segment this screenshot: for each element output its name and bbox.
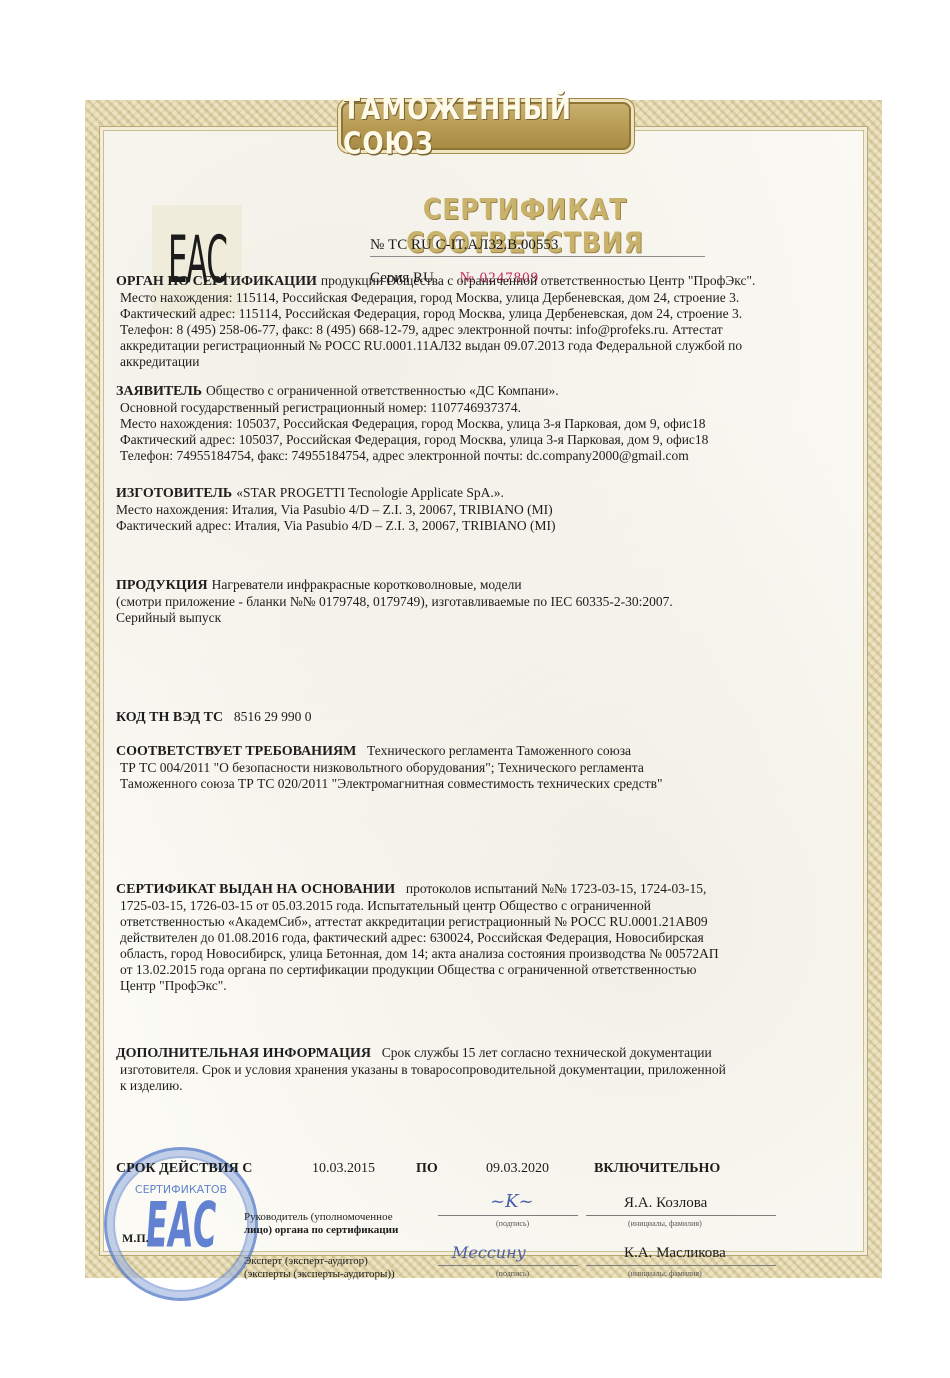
head-label-line-2: лицо) органа по сертификации [244,1224,398,1237]
section-text: Центр "ПрофЭкс". [116,978,851,994]
section-text: Место нахождения: 105037, Российская Фед… [116,416,851,432]
section-product: ПРОДУКЦИЯНагреватели инфракрасные коротк… [116,577,851,626]
head-label: Руководитель (уполномоченное лицо) орган… [244,1211,398,1237]
section-text: (смотри приложение - бланки №№ 0179748, … [116,594,851,610]
expert-name: К.А. Масликова [624,1245,726,1262]
section-label: СООТВЕТСТВУЕТ ТРЕБОВАНИЯМ [116,744,356,759]
section-text: Срок службы 15 лет согласно технической … [382,1045,712,1060]
section-text: 1725-03-15, 1726-03-15 от 05.03.2015 год… [116,898,851,914]
section-text: ТР ТС 004/2011 "О безопасности низковоль… [116,760,851,776]
section-label: ЗАЯВИТЕЛЬ [116,384,202,399]
section-label: КОД ТН ВЭД ТС [116,710,223,725]
section-label: СЕРТИФИКАТ ВЫДАН НА ОСНОВАНИИ [116,882,395,897]
head-name: Я.А. Козлова [624,1195,707,1212]
section-label: ПРОДУКЦИЯ [116,578,208,593]
section-text: Таможенного союза ТР ТС 020/2011 "Электр… [116,776,851,792]
section-text: Фактический адрес: 105037, Российская Фе… [116,432,851,448]
section-text: Место нахождения: 115114, Российская Фед… [116,290,851,306]
expert-signature: Мессину [452,1243,526,1262]
section-text: Технического регламента Таможенного союз… [367,743,631,758]
section-text: Фактический адрес: 115114, Российская Фе… [116,306,851,322]
section-text: Общество с ограниченной ответственностью… [206,383,559,398]
section-text: Нагреватели инфракрасные коротковолновые… [212,577,522,592]
section-text: Телефон: 8 (495) 258-06-77, факс: 8 (495… [116,322,851,338]
head-name-caption: (инициалы, фамилия) [628,1219,702,1228]
head-label-line-1: Руководитель (уполномоченное [244,1211,398,1224]
section-applicant: ЗАЯВИТЕЛЬОбщество с ограниченной ответст… [116,383,851,464]
section-certification-body: ОРГАН ПО СЕРТИФИКАЦИИпродукции Общества … [116,273,851,370]
section-hs-code: КОД ТН ВЭД ТС 8516 29 990 0 [116,709,851,726]
section-text: изготовителя. Срок и условия хранения ук… [116,1062,851,1078]
footer-print-line [285,1266,705,1274]
customs-union-text: ТАМОЖЕННЫЙ СОЮЗ [343,91,629,161]
stamp-eac-logo: ЕАС [143,1190,219,1262]
section-basis: СЕРТИФИКАТ ВЫДАН НА ОСНОВАНИИ протоколов… [116,881,851,994]
section-text: к изделию. [116,1078,851,1094]
section-text: действителен до 01.08.2016 года, фактиче… [116,930,851,946]
mp-mark: М.П. [122,1231,149,1246]
certificate-frame: ЕАС СЕРТИФИКАТ СООТВЕТСТВИЯ № ТС RU C-IT… [85,100,882,1278]
validity-from: 10.03.2015 [312,1161,375,1177]
section-text: от 13.02.2015 года органа по сертификаци… [116,962,851,978]
validity-inclusive: ВКЛЮЧИТЕЛЬНО [594,1161,720,1177]
validity-label: СРОК ДЕЙСТВИЯ С [116,1161,252,1177]
section-text: аккредитации регистрационный № РОСС RU.0… [116,338,851,354]
certificate-number: № ТС RU C-IT.АЛ32.В.00553 [370,237,705,257]
head-signature-line [438,1215,578,1216]
section-text: протоколов испытаний №№ 1723-03-15, 1724… [406,881,707,896]
section-text: ответственностью «АкадемСиб», аттестат а… [116,914,851,930]
section-text: Телефон: 74955184754, факс: 74955184754,… [116,448,851,464]
validity-to-label: ПО [416,1161,438,1177]
section-conforms: СООТВЕТСТВУЕТ ТРЕБОВАНИЯМ Технического р… [116,743,851,792]
section-text: Фактический адрес: Италия, Via Pasubio 4… [116,518,851,534]
validity-to: 09.03.2020 [486,1161,549,1177]
section-text: «STAR PROGETTI Tecnologie Applicate SpA.… [236,485,504,500]
head-signature-caption: (подпись) [496,1219,529,1228]
section-text: Место нахождения: Италия, Via Pasubio 4/… [116,502,851,518]
section-text: аккредитации [116,354,851,370]
section-text: продукции Общества с ограниченной ответс… [321,273,756,288]
section-text: Серийный выпуск [116,610,851,626]
head-signature: ~K~ [490,1191,534,1212]
hs-code-value: 8516 29 990 0 [234,709,312,724]
certificate-body: ЕАС СЕРТИФИКАТ СООТВЕТСТВИЯ № ТС RU C-IT… [99,126,868,1256]
section-text: Основной государственный регистрационный… [116,400,851,416]
section-manufacturer: ИЗГОТОВИТЕЛЬ«STAR PROGETTI Tecnologie Ap… [116,485,851,534]
customs-union-plate: ТАМОЖЕННЫЙ СОЮЗ [341,102,631,150]
section-label: ДОПОЛНИТЕЛЬНАЯ ИНФОРМАЦИЯ [116,1046,371,1061]
section-label: ОРГАН ПО СЕРТИФИКАЦИИ [116,274,317,289]
section-label: ИЗГОТОВИТЕЛЬ [116,486,232,501]
section-additional-info: ДОПОЛНИТЕЛЬНАЯ ИНФОРМАЦИЯ Срок службы 15… [116,1045,851,1094]
section-text: область, город Новосибирск, улица Бетонн… [116,946,851,962]
head-name-line [586,1215,776,1216]
